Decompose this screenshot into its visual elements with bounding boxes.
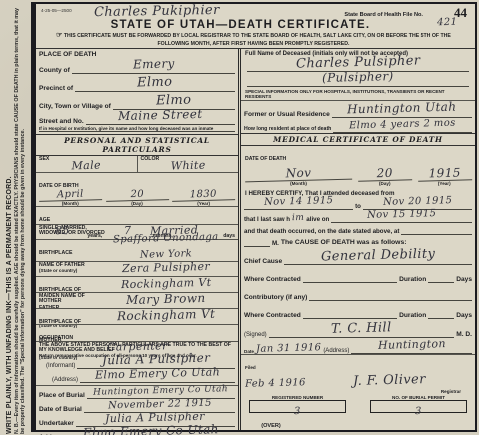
age-years-value: 85 bbox=[55, 224, 70, 237]
father-value: Zera Pulsipher bbox=[122, 260, 210, 275]
filed-row: Feb 4 1916 J. F. Oliver bbox=[245, 374, 471, 389]
color-cell: COLOR White bbox=[137, 156, 239, 172]
last-saw-mid: alive on bbox=[306, 216, 329, 223]
date-of-death-values: Nov (Month) 20 (Day) 1915 (Year) bbox=[245, 166, 471, 186]
date-of-death-label: DATE OF DEATH bbox=[245, 156, 286, 162]
residence-label: Former or Usual Residence bbox=[244, 111, 330, 118]
father-label: NAME OF FATHER bbox=[39, 262, 95, 269]
registered-number-field: 3 bbox=[249, 400, 346, 413]
registrar-signature: J. F. Oliver bbox=[353, 372, 426, 389]
right-column: Full Name of Deceased (initials only wil… bbox=[238, 49, 475, 430]
residence-value: Huntington Utah bbox=[347, 100, 457, 117]
chief-cause-value: General Debility bbox=[321, 247, 436, 265]
where-contracted-label-1: Where Contracted bbox=[244, 276, 301, 283]
dob-day-value: 20 bbox=[106, 188, 169, 202]
burial-permit-box: NO. OF BURIAL PERMIT 3 bbox=[370, 395, 467, 413]
medical-section-heading: MEDICAL CERTIFICATE OF DEATH bbox=[241, 133, 475, 146]
birthplace-line2: New York bbox=[140, 249, 192, 260]
last-saw-hw-fragment: im bbox=[292, 213, 304, 223]
handwritten-top-name: Charles Pukiphier bbox=[94, 3, 220, 20]
dob-row: DATE OF BIRTH April (Month) 20 (Day) 183… bbox=[36, 173, 238, 207]
mother-value: Mary Brown bbox=[126, 291, 206, 307]
county-label: County of bbox=[39, 67, 70, 74]
undertaker-address-line: Elmo Emery Co Utah bbox=[67, 422, 235, 435]
dod-day-col: 20 (Day) bbox=[358, 166, 412, 186]
certificate-title: STATE OF UTAH—DEATH CERTIFICATE. bbox=[36, 19, 445, 31]
color-value: White bbox=[140, 157, 235, 172]
sex-cell: SEX Male bbox=[36, 156, 137, 172]
physician-date-row: Date Jan 31 1916 (Address) Huntington bbox=[241, 338, 475, 354]
full-name-alt-line: (Pulsipher) bbox=[247, 68, 469, 87]
days-label-1: Days bbox=[456, 276, 472, 283]
file-number-label: State Board of Health File No. bbox=[344, 12, 423, 18]
death-occurred-row: and that death occurred, on the date sta… bbox=[241, 223, 475, 235]
chief-cause-label: Chief Cause bbox=[244, 258, 282, 265]
dob-values: April (Month) 20 (Day) 1830 (Year) bbox=[39, 189, 235, 206]
birthplace-line1: Spafford Onondaga bbox=[113, 232, 219, 245]
forwarding-instruction: ☞ THIS CERTIFICATE MUST BE FORWARDED BY … bbox=[46, 32, 461, 47]
left-column: PLACE OF DEATH County of Emery Precinct … bbox=[36, 49, 238, 430]
margin-nb-note: N. B.—Every item of information should b… bbox=[14, 2, 26, 434]
full-name-alt-row: (Pulsipher) bbox=[241, 72, 475, 87]
contributory-label: Contributory (if any) bbox=[244, 294, 307, 301]
days-label-2: Days bbox=[456, 312, 472, 319]
registered-number-value: 3 bbox=[294, 406, 301, 417]
over-note: (OVER) bbox=[236, 423, 306, 429]
street-line: Maine Street bbox=[86, 106, 235, 125]
precinct-row: Precinct of Elmo bbox=[36, 74, 238, 92]
physician-signature: T. C. Hill bbox=[331, 321, 392, 338]
dob-year-value: 1830 bbox=[172, 188, 235, 202]
filed-block: Filed Feb 4 1916 J. F. Oliver Registrar bbox=[241, 354, 475, 394]
street-row: Street and No. Maine Street bbox=[36, 110, 238, 125]
dob-year-col: 1830 (Year) bbox=[172, 189, 235, 206]
occupation-label: OCCUPATION bbox=[39, 335, 73, 341]
where-contracted-label-2: Where Contracted bbox=[244, 312, 301, 319]
dod-day-value: 20 bbox=[358, 165, 412, 181]
mother-birthplace-row: BIRTHPLACE OF MOTHER (State or country) … bbox=[36, 309, 238, 325]
father-bp-value: Rockingham Vt bbox=[121, 276, 212, 291]
street-label: Street and No. bbox=[39, 118, 84, 125]
date-of-death-block: DATE OF DEATH Nov (Month) 20 (Day) 1915 bbox=[241, 146, 475, 186]
hospital-blank-row bbox=[36, 131, 238, 132]
birthplace-area: Spafford Onondaga New York bbox=[97, 229, 235, 261]
death-certificate-scan: WRITE PLAINLY, WITH UNFADING INK—THIS IS… bbox=[0, 0, 479, 435]
occupation-row: OCCUPATION Carpenter Return remunerative… bbox=[36, 325, 238, 342]
burial-permit-field: 3 bbox=[370, 400, 467, 413]
dob-month-value: April bbox=[39, 188, 102, 202]
left-margin-notes: WRITE PLAINLY, WITH UNFADING INK—THIS IS… bbox=[0, 2, 32, 434]
physician-address-value: Huntington bbox=[378, 338, 446, 353]
hospital-blank-line bbox=[39, 131, 235, 132]
burial-permit-value: 3 bbox=[415, 406, 422, 417]
pointing-hand-icon: ☞ bbox=[56, 32, 62, 39]
dod-month-col: Nov (Month) bbox=[245, 166, 352, 186]
precinct-label: Precinct of bbox=[39, 85, 73, 92]
dod-year-col: 1915 (Year) bbox=[418, 166, 472, 186]
where-contracted-row-2: Where Contracted Duration Days bbox=[241, 301, 475, 319]
resident-length-line: Elmo 4 years 2 mos bbox=[333, 114, 472, 133]
death-occurred-text: and that death occurred, on the date sta… bbox=[244, 228, 399, 235]
birthplace-label: BIRTHPLACE bbox=[39, 250, 72, 256]
physician-address-line: Huntington bbox=[351, 335, 472, 354]
burial-place-label: Place of Burial bbox=[39, 392, 85, 399]
county-value: Emery bbox=[132, 56, 174, 71]
contributory-row: Contributory (if any) bbox=[241, 283, 475, 301]
duration-label-2: Duration bbox=[399, 312, 426, 319]
dob-day-col: 20 (Day) bbox=[106, 189, 169, 206]
last-saw-pre: that I last saw h bbox=[244, 216, 290, 223]
last-saw-value: Nov 15 1915 bbox=[367, 209, 437, 222]
attended-from-value: Nov 14 1915 bbox=[264, 196, 334, 209]
street-value: Maine Street bbox=[118, 107, 203, 123]
dod-month-value: Nov bbox=[245, 165, 352, 183]
filed-label: Filed bbox=[245, 365, 256, 370]
precinct-line: Elmo bbox=[75, 73, 235, 92]
personal-section-heading: PERSONAL AND STATISTICAL PARTICULARS bbox=[36, 134, 238, 156]
m-word: M. bbox=[272, 240, 279, 247]
undertaker-address-value: Elmo Emery Co Utah bbox=[83, 422, 219, 435]
dod-year-sub: (Year) bbox=[418, 181, 472, 186]
chief-cause-row: Chief Cause General Debility bbox=[241, 247, 475, 265]
certificate-body: 4-25-05—2500 Charles Pukiphier State Boa… bbox=[31, 2, 477, 432]
sex-value: Male bbox=[39, 157, 134, 172]
certificate-header: 4-25-05—2500 Charles Pukiphier State Boa… bbox=[36, 4, 475, 48]
resident-length-value: Elmo 4 years 2 mos bbox=[349, 118, 456, 132]
duration-label-1: Duration bbox=[399, 276, 426, 283]
physician-date-value: Jan 31 1916 bbox=[256, 343, 322, 356]
where-contracted-row-1: Where Contracted Duration Days bbox=[241, 265, 475, 283]
mother-label: MAIDEN NAME OF MOTHER bbox=[39, 293, 95, 305]
mother-bp-area: Rockingham Vt bbox=[97, 306, 235, 324]
county-line: Emery bbox=[72, 55, 235, 74]
sex-color-row: SEX Male COLOR White bbox=[36, 156, 238, 173]
registered-number-box: REGISTERED NUMBER 3 bbox=[249, 395, 346, 413]
dod-year-value: 1915 bbox=[417, 165, 471, 181]
forwarding-instruction-text: THIS CERTIFICATE MUST BE FORWARDED BY LO… bbox=[64, 33, 451, 47]
county-row: County of Emery bbox=[36, 58, 238, 74]
informant-address-label: (Address) bbox=[52, 377, 78, 383]
number-boxes-row: REGISTERED NUMBER 3 NO. OF BURIAL PERMIT… bbox=[241, 394, 475, 414]
margin-warning: WRITE PLAINLY, WITH UNFADING INK—THIS IS… bbox=[6, 2, 13, 434]
full-name-alt-value: (Pulsipher) bbox=[322, 69, 394, 85]
dod-day-sub: (Day) bbox=[358, 181, 412, 186]
registrar-signature-area: J. F. Oliver bbox=[308, 371, 471, 389]
resident-length-row: How long resident at place of death Elmo… bbox=[241, 118, 475, 133]
certificate-columns: PLACE OF DEATH County of Emery Precinct … bbox=[36, 48, 475, 430]
city-value: Elmo bbox=[156, 93, 192, 109]
form-code: 4-25-05—2500 bbox=[41, 8, 72, 13]
chief-cause-line: General Debility bbox=[284, 246, 472, 265]
last-saw-row: that I last saw h im alive on Nov 15 191… bbox=[241, 210, 475, 223]
precinct-value: Elmo bbox=[137, 75, 173, 91]
undertaker-address-row: Address Elmo Emery Co Utah bbox=[36, 427, 238, 435]
dob-month-col: April (Month) bbox=[39, 189, 102, 206]
filed-date-value: Feb 4 1916 bbox=[245, 378, 306, 391]
mother-bp-value: Rockingham Vt bbox=[117, 306, 216, 323]
